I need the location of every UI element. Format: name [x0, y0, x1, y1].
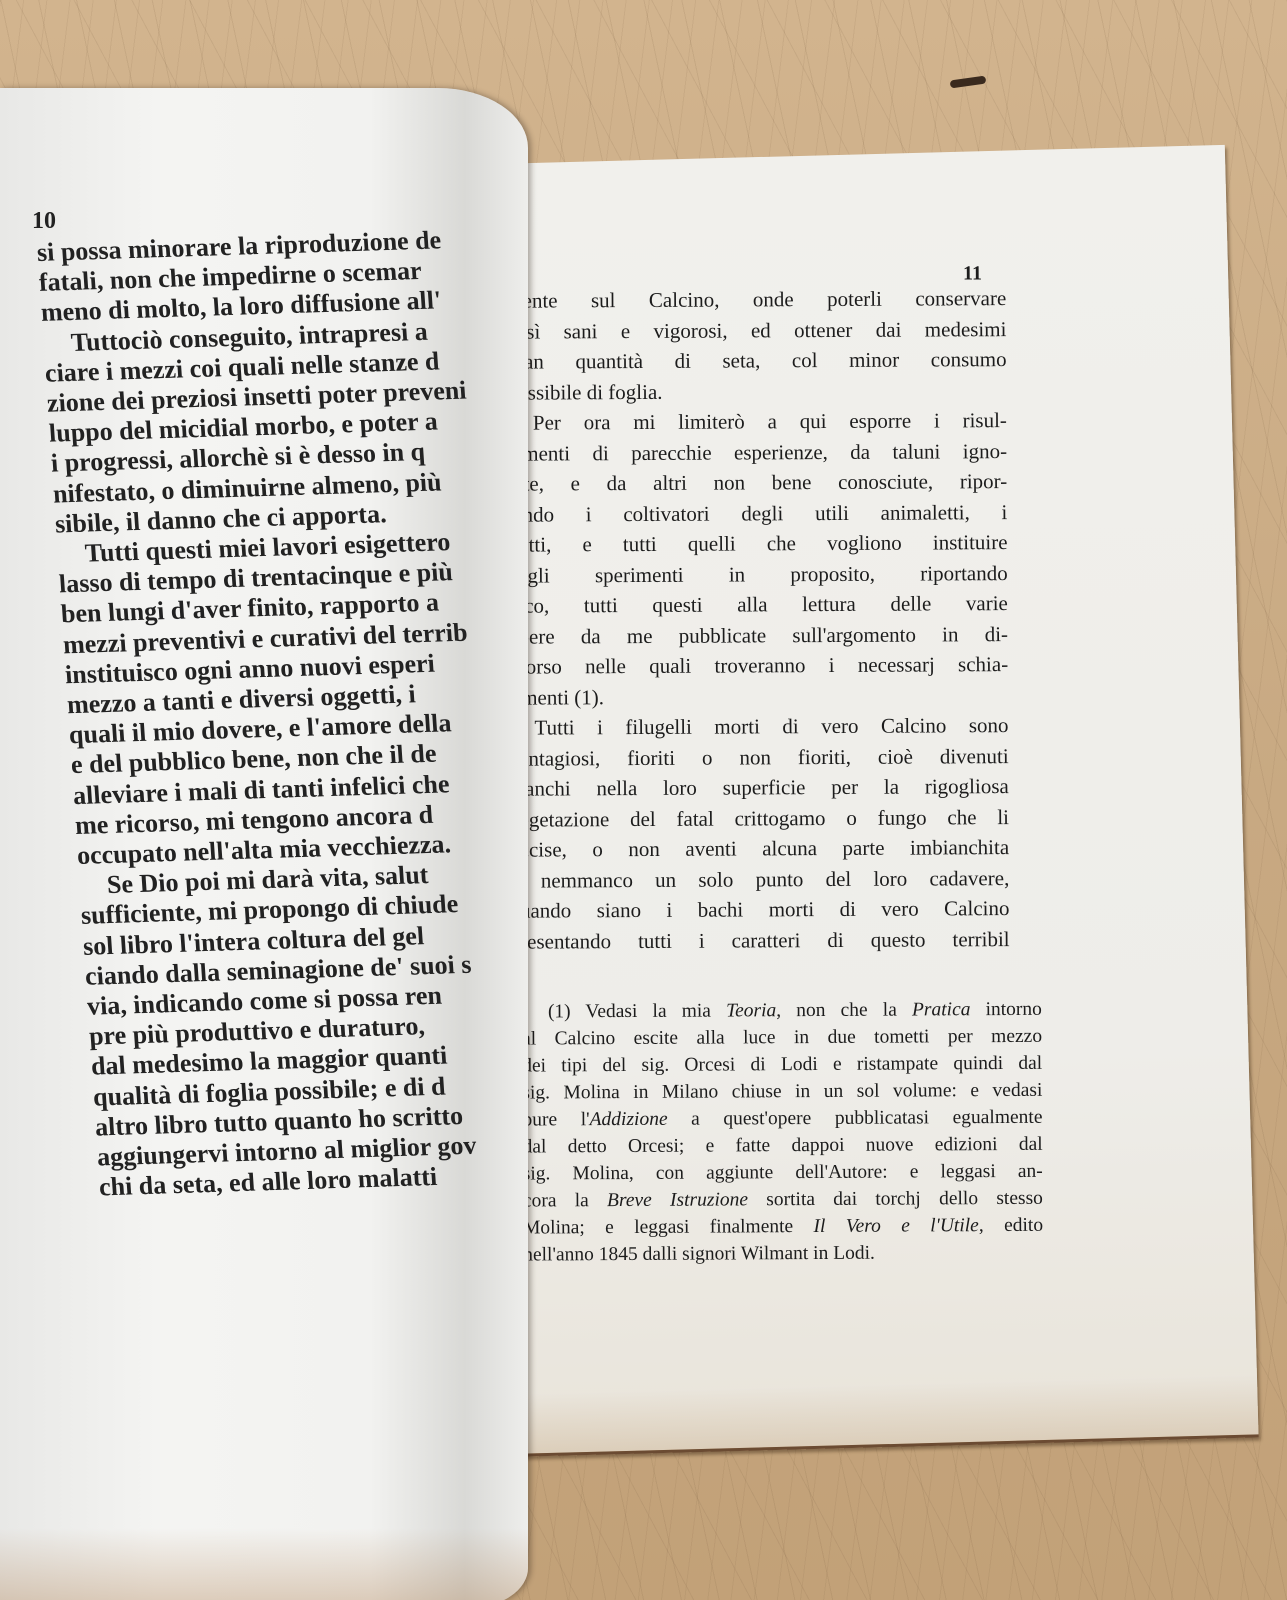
italic-title: Il Vero e l'Utile — [813, 1215, 978, 1237]
left-page: 10 si possa minorare la riproduzione def… — [0, 88, 528, 1600]
footnote-line: (1) Vedasi la mia Teoria, non che la Pra… — [522, 996, 1042, 1026]
text-line: uccise, o non aventi alcuna parte imbian… — [509, 832, 1009, 865]
text-line: scorso nelle quali troveranno i necessar… — [508, 649, 1008, 682]
right-page: 11 mente sul Calcino, onde poterli conse… — [455, 145, 1259, 1458]
footnote-text: al Calcino escite alla luce in due tomet… — [522, 1026, 1042, 1050]
left-page-body: si possa minorare la riproduzione defata… — [36, 223, 528, 1203]
footnote-line: pure l'Addizione a quest'opere pubblicat… — [522, 1104, 1042, 1134]
text-line: tando i coltivatori degli utili animalet… — [507, 497, 1007, 530]
footnote-text: dei tipi del sig. Orcesi di Lodi e rista… — [522, 1053, 1042, 1077]
text-line: e nemmanco un solo punto del loro cadave… — [509, 863, 1009, 896]
footnote-text: sortita dai torchj dello stesso — [748, 1188, 1043, 1211]
text-line: opere da me pubblicate sull'argomento in… — [508, 619, 1008, 652]
footnote-line: al Calcino escite alla luce in due tomet… — [522, 1023, 1042, 1053]
text-line: contagiosi, fioriti o non fioriti, cioè … — [509, 741, 1009, 774]
page-edge-stain — [0, 1528, 528, 1600]
text-line: rate, e da altri non bene conosciute, ri… — [507, 466, 1007, 499]
page-number-right: 11 — [963, 262, 982, 285]
footnote-text: Molina; e leggasi finalmente — [523, 1216, 814, 1239]
footnote-line: dei tipi del sig. Orcesi di Lodi e rista… — [522, 1050, 1042, 1080]
text-line: mente sul Calcino, onde poterli conserva… — [506, 283, 1006, 316]
footnote-text: intorno — [970, 999, 1042, 1020]
text-line: Per ora mi limiterò a qui esporre i risu… — [507, 405, 1007, 438]
footnote-line: cora la Breve Istruzione sortita dai tor… — [523, 1185, 1043, 1215]
text-line: quando siano i bachi morti di vero Calci… — [509, 893, 1009, 926]
text-line: così sani e vigorosi, ed ottener dai med… — [506, 314, 1006, 347]
footnote: (1) Vedasi la mia Teoria, non che la Pra… — [522, 996, 1043, 1269]
text-line: tamenti di parecchie esperienze, da talu… — [507, 436, 1007, 469]
footnote-text: sig. Molina, con aggiunte dell'Autore: e… — [523, 1161, 1043, 1185]
footnote-text: pure l' — [522, 1109, 589, 1130]
page-edge-stain — [487, 1374, 1258, 1454]
text-line: dotti, e tutti quelli che vogliono insti… — [507, 527, 1007, 560]
italic-title: Addizione — [590, 1109, 668, 1130]
footnote-line: sig. Molina in Milano chiuse in un sol v… — [522, 1077, 1042, 1107]
text-line: possibile di foglia. — [507, 375, 1007, 408]
footnote-line: Molina; e leggasi finalmente Il Vero e l… — [523, 1212, 1043, 1242]
footnote-text: nell'anno 1845 dalli signori Wilmant in … — [523, 1243, 875, 1266]
footnote-line: nell'anno 1845 dalli signori Wilmant in … — [523, 1239, 1043, 1269]
footnote-text: a quest'opere pubblicatasi egualmente — [668, 1107, 1043, 1130]
footnote-text: , non che la — [776, 999, 912, 1021]
italic-title: Pratica — [912, 999, 971, 1020]
text-line: presentando tutti i caratteri di questo … — [510, 924, 1010, 957]
footnote-text: sig. Molina in Milano chiuse in un sol v… — [522, 1080, 1042, 1104]
footnote-text: dal detto Orcesi; e fatte dappoi nuove e… — [523, 1134, 1043, 1158]
text-line: rimenti (1). — [508, 680, 1008, 713]
surface-debris — [950, 76, 987, 89]
italic-title: Breve Istruzione — [607, 1189, 748, 1211]
italic-title: Teoria — [726, 1000, 776, 1021]
footnote-line: dal detto Orcesi; e fatte dappoi nuove e… — [523, 1131, 1043, 1161]
text-line: vegetazione del fatal crittogamo o fungo… — [509, 802, 1009, 835]
footnote-text: , edito — [979, 1215, 1043, 1236]
text-line: Tutti i filugelli morti di vero Calcino … — [508, 710, 1008, 743]
footnote-line: sig. Molina, con aggiunte dell'Autore: e… — [523, 1158, 1043, 1188]
right-page-body: mente sul Calcino, onde poterli conserva… — [506, 283, 1010, 957]
text-line: gran quantità di seta, col minor consumo — [506, 344, 1006, 377]
text-line: degli sperimenti in proposito, riportand… — [508, 558, 1008, 591]
footnote-text: cora la — [523, 1190, 607, 1211]
text-line: bianchi nella loro superficie per la rig… — [509, 771, 1009, 804]
text-line: dico, tutti questi alla lettura delle va… — [508, 588, 1008, 621]
footnote-text: (1) Vedasi la mia — [548, 1000, 726, 1022]
page-number-left: 10 — [32, 208, 56, 235]
